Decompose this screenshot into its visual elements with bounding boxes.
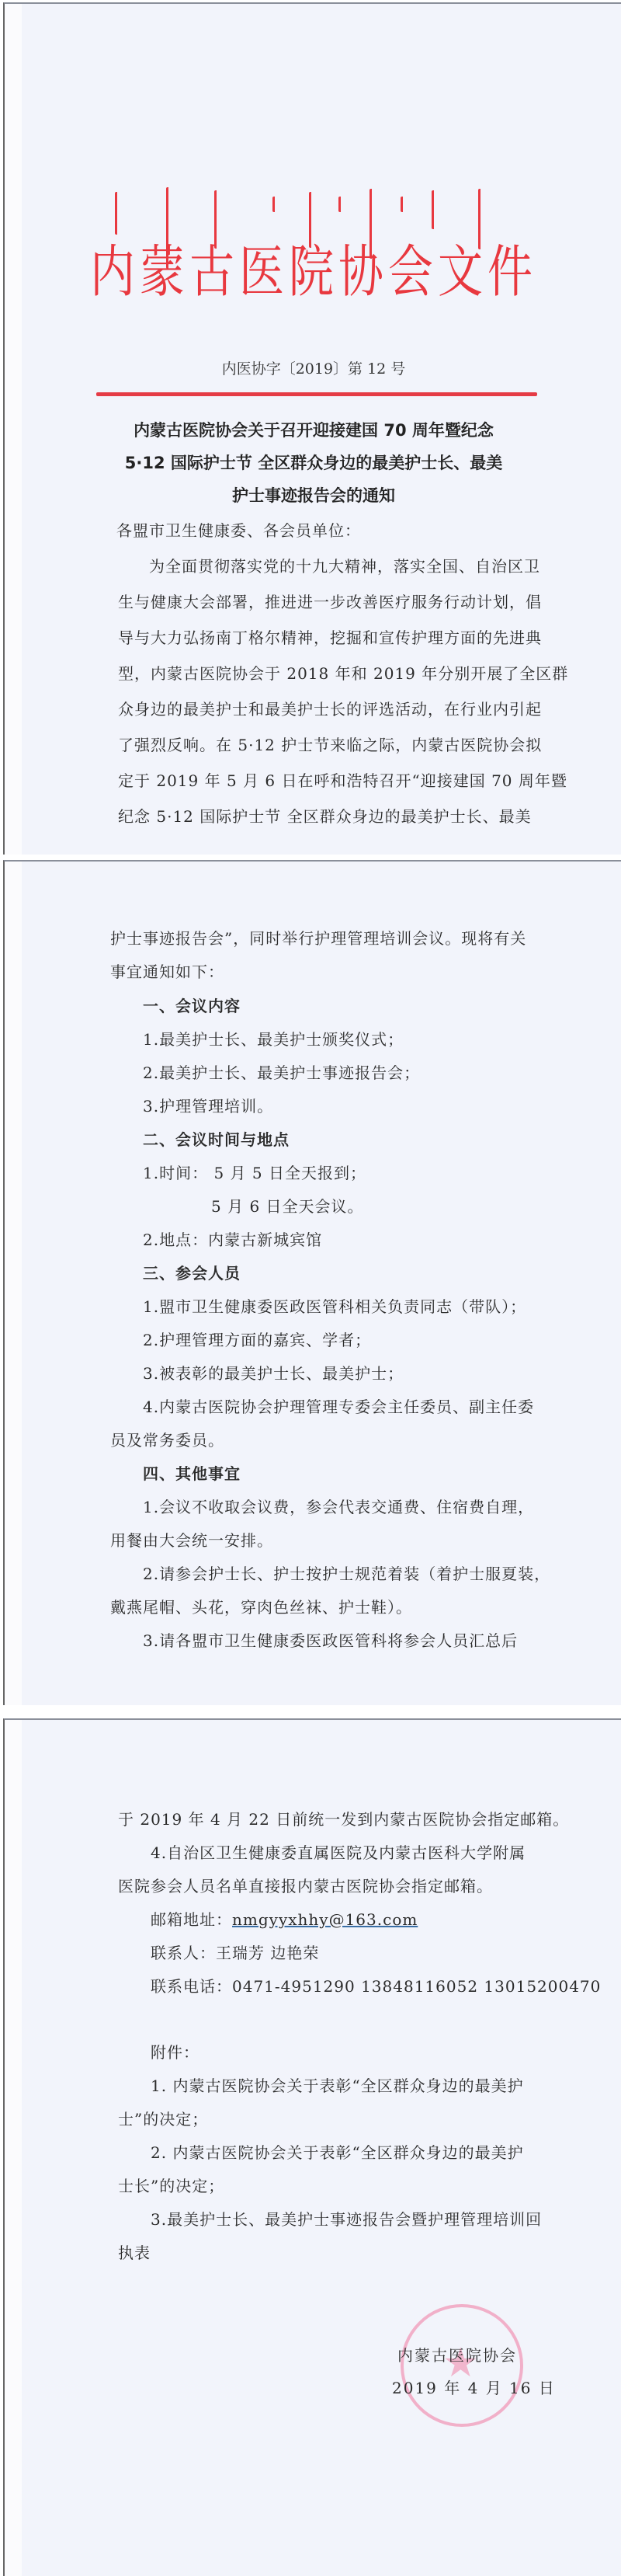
document-page-1: 内蒙古医院协会文件 内医协字〔2019〕第 12 号 内蒙古医院协会关于召开迎接… <box>3 2 621 855</box>
list-item: 员及常务委员。 <box>110 1428 224 1450</box>
contact-phones: 0471-4951290 13848116052 13015200470 <box>232 1977 601 1996</box>
list-item: 2.地点：内蒙古新城宾馆 <box>143 1227 322 1250</box>
page-edge <box>5 862 22 1705</box>
attachment-line: 3.最美护士长、最美护士事迹报告会暨护理管理培训回 <box>151 2207 542 2230</box>
contact-phone-row: 联系电话：0471-4951290 13848116052 1301520047… <box>151 1974 601 1996</box>
document-page-3: 于 2019 年 4 月 22 日前统一发到内蒙古医院协会指定邮箱。 4.自治区… <box>3 1718 621 2576</box>
headline-line-1: 内蒙古医院协会关于召开迎接建国 70 周年暨纪念 <box>5 418 621 441</box>
intro-line: 了强烈反响。在 5·12 护士节来临之际，内蒙古医院协会拟 <box>118 733 542 755</box>
list-item: 2.护理管理方面的嘉宾、学者； <box>143 1328 371 1350</box>
list-item: 于 2019 年 4 月 22 日前统一发到内蒙古医院协会指定邮箱。 <box>118 1807 569 1829</box>
contact-email-row: 邮箱地址：nmgyyxhhy@163.com <box>151 1907 418 1930</box>
org-document-title: 内蒙古医院协会文件 <box>5 226 621 308</box>
intro-line: 为全面贯彻落实党的十九大精神，落实全国、自治区卫 <box>149 554 540 576</box>
list-item: 2.请参会护士长、护士按护士规范着装（着护士服夏装， <box>143 1561 550 1584</box>
attachment-line: 士长”的决定； <box>118 2174 224 2196</box>
attachment-line: 2. 内蒙古医院协会关于表彰“全区群众身边的最美护 <box>151 2140 524 2163</box>
section-heading: 二、会议时间与地点 <box>143 1127 290 1150</box>
mongolian-glyph <box>272 197 284 212</box>
list-item: 4.内蒙古医院协会护理管理专委会主任委员、副主任委 <box>143 1394 534 1417</box>
intro-line: 事宜通知如下： <box>110 959 224 982</box>
list-item: 5 月 6 日全天会议。 <box>211 1194 364 1217</box>
signature-date: 2019 年 4 月 16 日 <box>392 2376 556 2398</box>
list-item: 1.会议不收取会议费，参会代表交通费、住宿费自理， <box>143 1495 534 1517</box>
contact-persons: 王瑞芳 边艳荣 <box>216 1944 319 1962</box>
headline-line-3: 护士事迹报告会的通知 <box>5 483 621 506</box>
headline-line-2: 5·12 国际护士节 全区群众身边的最美护士长、最美 <box>5 451 621 474</box>
list-item: 1.最美护士长、最美护士颁奖仪式； <box>143 1027 404 1050</box>
email-link[interactable]: nmgyyxhhy@163.com <box>232 1910 418 1929</box>
page-edge <box>5 1720 22 2576</box>
document-page-2: 护士事迹报告会”，同时举行护理管理培训会议。现将有关 事宜通知如下： 一、会议内… <box>3 860 621 1705</box>
intro-line: 型，内蒙古医院协会于 2018 年和 2019 年分别开展了全区群 <box>118 661 568 684</box>
attachment-line: 执表 <box>118 2240 151 2263</box>
contact-person-row: 联系人：王瑞芳 边艳荣 <box>151 1941 319 1963</box>
list-item: 1.时间： 5 月 5 日全天报到； <box>143 1161 366 1183</box>
list-item: 3.护理管理培训。 <box>143 1094 273 1116</box>
red-divider <box>96 392 537 396</box>
section-heading: 三、参会人员 <box>143 1261 241 1283</box>
list-item: 4.自治区卫生健康委直属医院及内蒙古医科大学附属 <box>151 1840 526 1863</box>
intro-line: 定于 2019 年 5 月 6 日在呼和浩特召开“迎接建国 70 周年暨 <box>118 768 567 791</box>
list-item: 2.最美护士长、最美护士事迹报告会； <box>143 1060 420 1083</box>
list-item: 戴燕尾帽、头花，穿肉色丝袜、护士鞋）。 <box>110 1595 412 1617</box>
mongolian-glyph <box>338 197 350 212</box>
mongolian-glyph <box>401 197 412 212</box>
intro-line: 众身边的最美护士和最美护士长的评选活动，在行业内引起 <box>118 697 542 719</box>
intro-line: 导与大力弘扬南丁格尔精神，挖掘和宣传护理方面的先进典 <box>118 625 542 648</box>
contact-person-label: 联系人： <box>151 1944 216 1962</box>
official-seal: ★ <box>401 2304 523 2427</box>
section-heading: 一、会议内容 <box>143 994 241 1016</box>
section-heading: 四、其他事宜 <box>143 1461 241 1484</box>
contact-phone-label: 联系电话： <box>151 1977 232 1996</box>
list-item: 3.请各盟市卫生健康委医政医管科将参会人员汇总后 <box>143 1628 518 1651</box>
intro-line: 护士事迹报告会”，同时举行护理管理培训会议。现将有关 <box>110 926 526 949</box>
attachment-line: 士”的决定； <box>118 2107 208 2129</box>
salutation: 各盟市卫生健康委、各会员单位： <box>116 518 361 541</box>
attachment-line: 1. 内蒙古医院协会关于表彰“全区群众身边的最美护 <box>151 2073 524 2096</box>
intro-line: 生与健康大会部署，推进进一步改善医疗服务行动计划，倡 <box>118 590 542 612</box>
signer-org: 内蒙古医院协会 <box>397 2343 517 2365</box>
email-label: 邮箱地址： <box>151 1910 232 1929</box>
list-item: 3.被表彰的最美护士长、最美护士； <box>143 1361 404 1384</box>
list-item: 医院参会人员名单直接报内蒙古医院协会指定邮箱。 <box>118 1874 493 1896</box>
list-item: 用餐由大会统一安排。 <box>110 1528 273 1551</box>
intro-line: 纪念 5·12 国际护士节 全区群众身边的最美护士长、最美 <box>118 804 532 827</box>
list-item: 1.盟市卫生健康委医政医管科相关负责同志（带队）； <box>143 1294 526 1317</box>
mongolian-glyph <box>432 190 443 229</box>
document-number: 内医协字〔2019〕第 12 号 <box>5 357 621 378</box>
attachments-label: 附件： <box>151 2040 199 2063</box>
